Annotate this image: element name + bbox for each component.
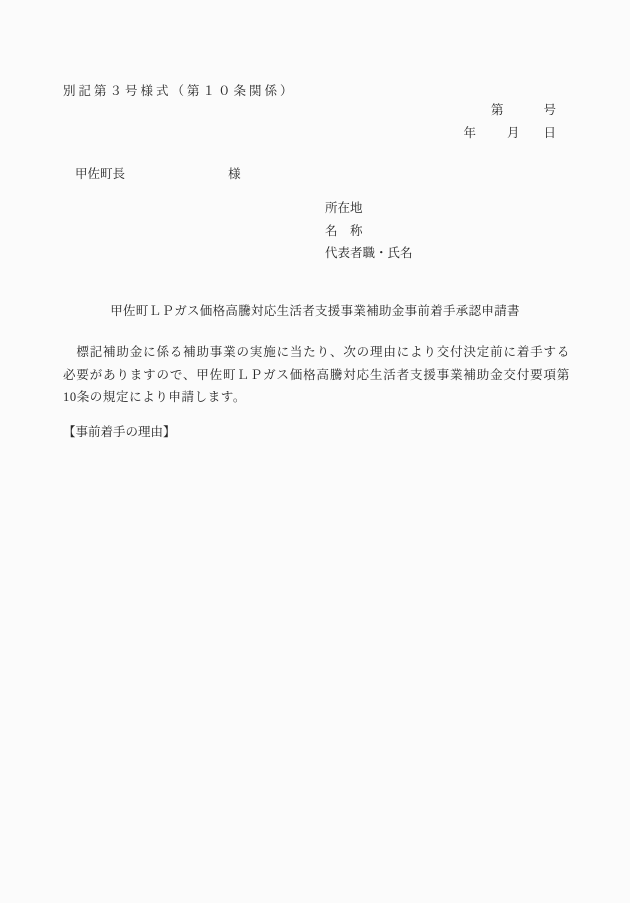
doc-number-line: 第 号 bbox=[491, 100, 556, 118]
date-day-label: 日 bbox=[543, 123, 556, 141]
body-paragraph: 標記補助金に係る補助事業の実施に当たり、次の理由により交付決定前に着手する必要が… bbox=[63, 341, 570, 409]
date-month-label: 月 bbox=[507, 123, 520, 141]
sender-block: 所在地 名 称 代表者職・氏名 bbox=[325, 197, 413, 265]
form-number: 別記第３号様式（第１０条関係） bbox=[63, 81, 296, 99]
recipient-line: 甲佐町長 様 bbox=[75, 164, 241, 182]
reason-heading: 【事前着手の理由】 bbox=[63, 422, 176, 440]
document-title: 甲佐町ＬＰガス価格高騰対応生活者支援事業補助金事前着手承認申請書 bbox=[0, 301, 630, 319]
doc-number-prefix: 第 bbox=[491, 100, 504, 118]
sender-address-label: 所在地 bbox=[325, 197, 413, 220]
document-page: 別記第３号様式（第１０条関係） 第 号 年 月 日 甲佐町長 様 所在地 名 称… bbox=[0, 0, 630, 903]
sender-representative-label: 代表者職・氏名 bbox=[325, 242, 413, 265]
date-line: 年 月 日 bbox=[463, 123, 556, 141]
recipient-name: 甲佐町長 bbox=[75, 167, 125, 181]
sender-name-label: 名 称 bbox=[325, 220, 413, 243]
date-year-label: 年 bbox=[463, 123, 476, 141]
spacer bbox=[503, 100, 543, 118]
recipient-honorific: 様 bbox=[228, 167, 241, 181]
doc-number-suffix: 号 bbox=[543, 100, 556, 118]
spacer bbox=[519, 123, 543, 141]
spacer bbox=[476, 123, 507, 141]
